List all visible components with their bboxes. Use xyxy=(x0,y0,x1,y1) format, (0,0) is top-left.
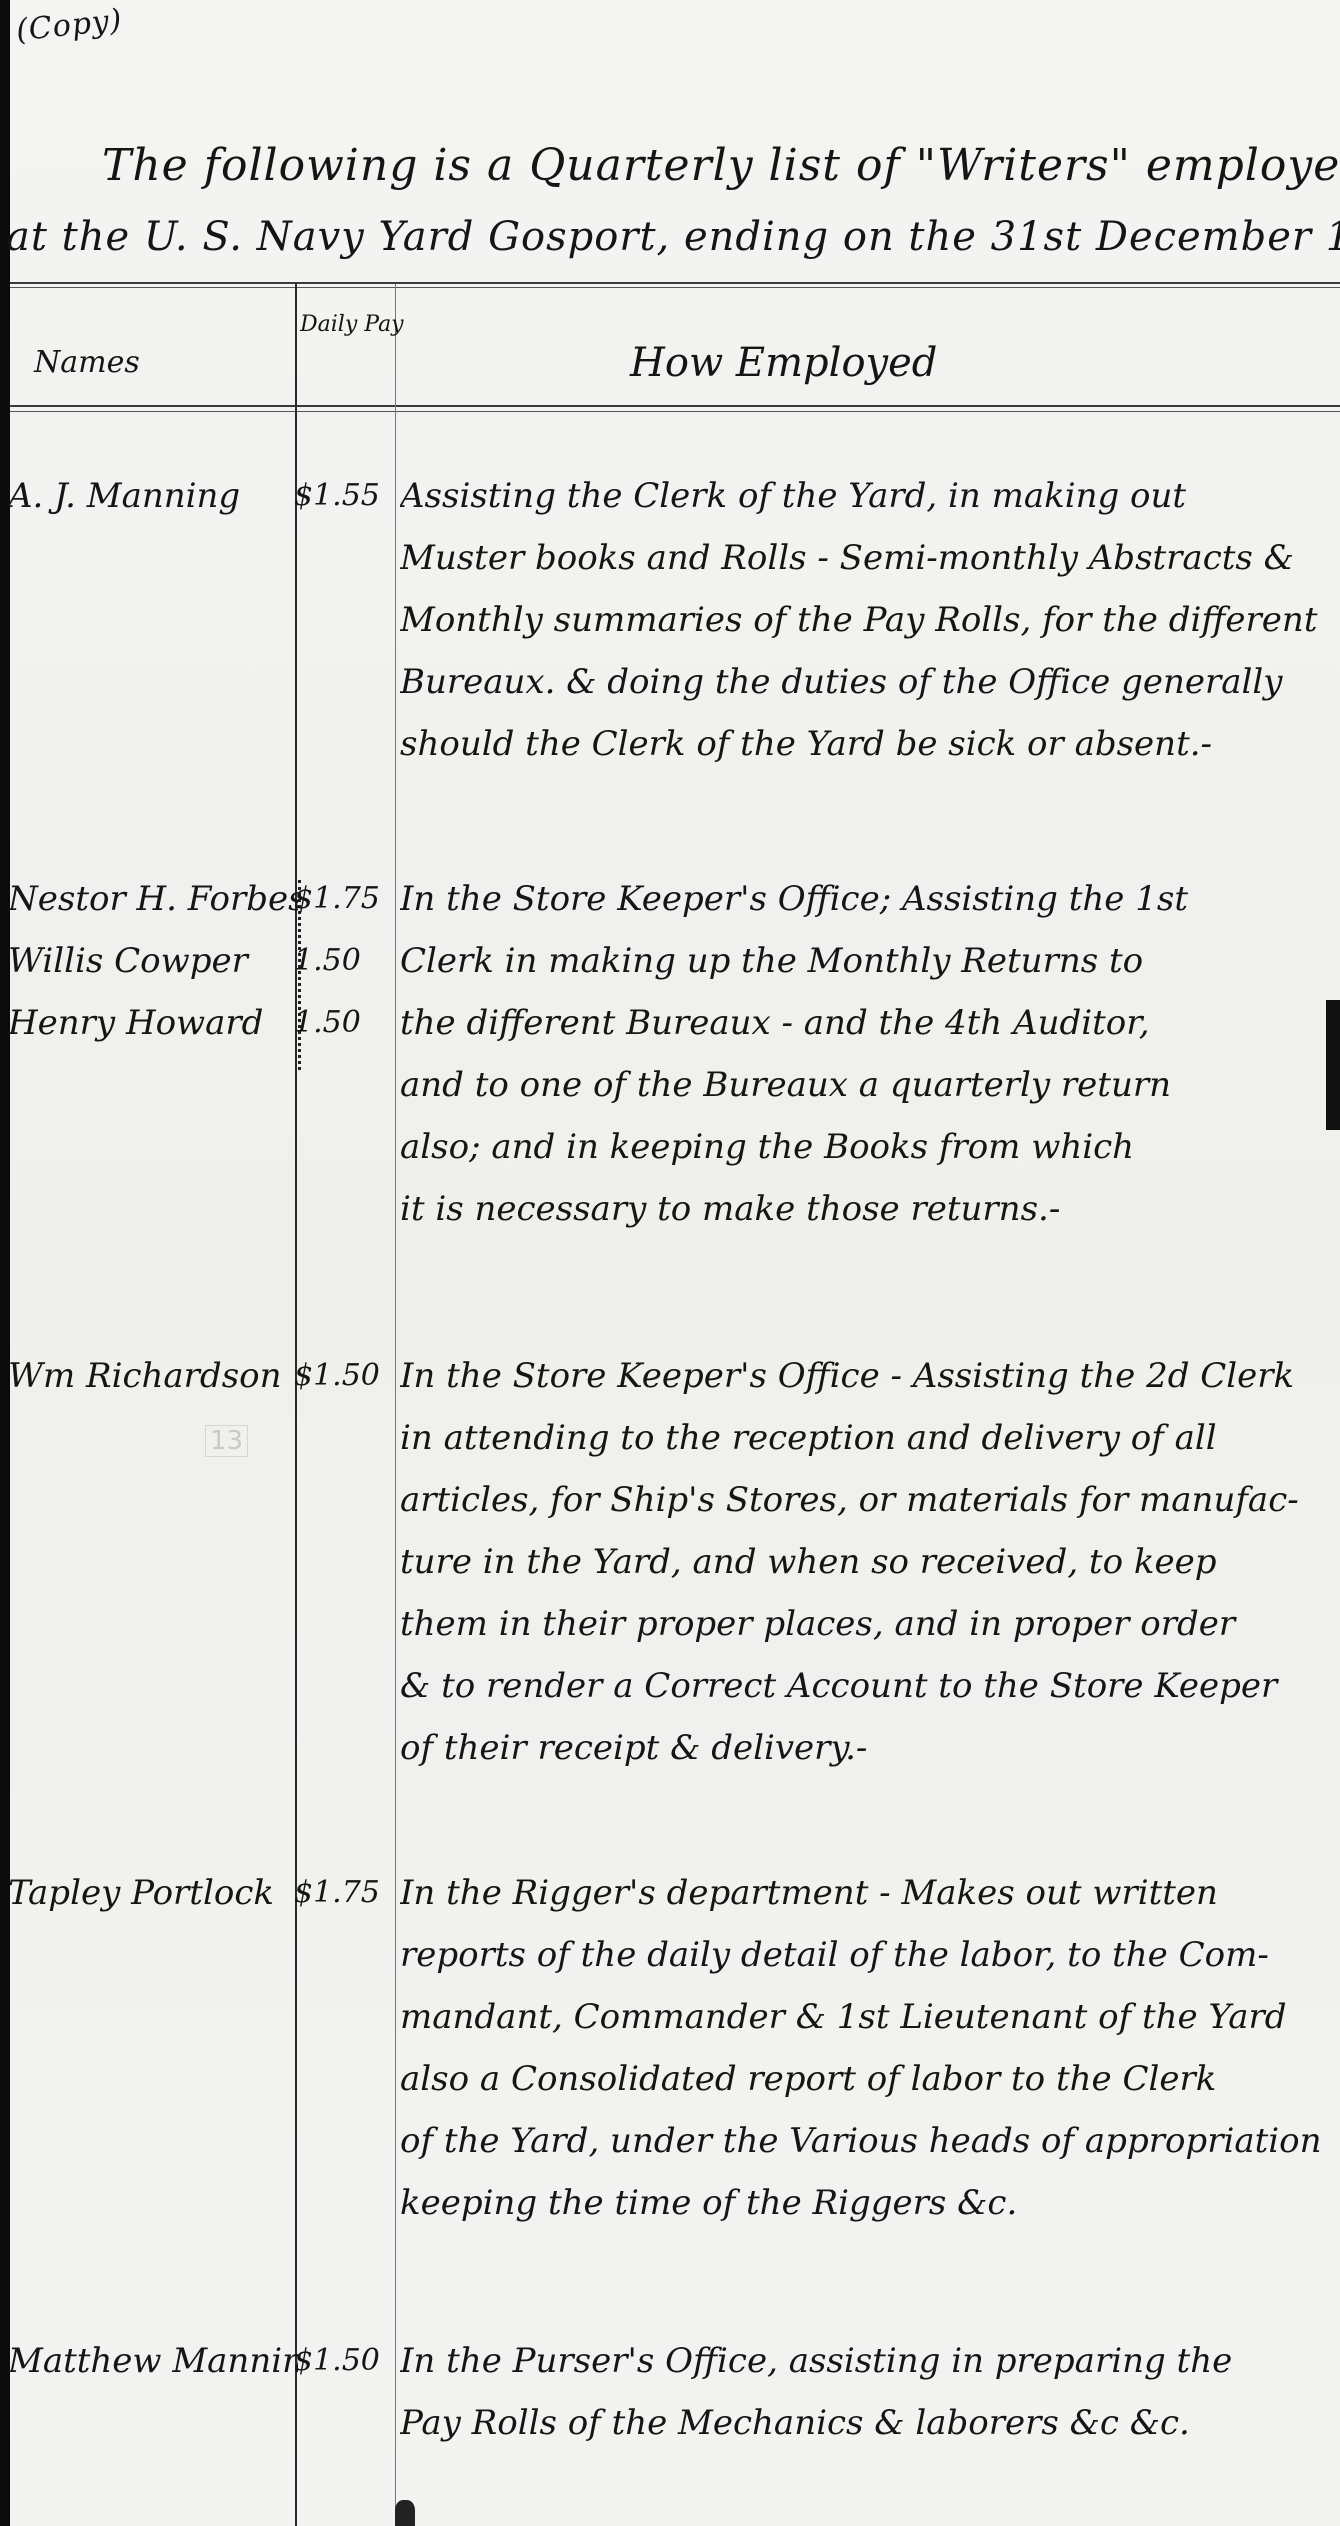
header-top-rule-2 xyxy=(10,287,1340,288)
description-line: In the Purser's Office, assisting in pre… xyxy=(400,2330,1336,2392)
daily-pay: $1.50 xyxy=(294,1345,394,1407)
column-header-names: Names xyxy=(34,345,140,380)
description-line: & to render a Correct Account to the Sto… xyxy=(400,1655,1336,1717)
document-title-line-2: at the U. S. Navy Yard Gosport, ending o… xyxy=(6,214,1340,260)
employee-name: Willis Cowper xyxy=(8,930,298,992)
daily-pay: $1.75 xyxy=(294,1862,394,1924)
employment-description: In the Rigger's department - Makes out w… xyxy=(400,1862,1336,2234)
description-line: of their receipt & delivery.- xyxy=(400,1717,1336,1779)
daily-pay: 1.50 xyxy=(294,930,394,992)
margin-ink-mark xyxy=(1326,1000,1340,1130)
description-line: Monthly summaries of the Pay Rolls, for … xyxy=(400,589,1336,651)
description-line: In the Rigger's department - Makes out w… xyxy=(400,1862,1336,1924)
description-line: Muster books and Rolls - Semi-monthly Ab… xyxy=(400,527,1336,589)
employee-name: A. J. Manning xyxy=(8,465,298,527)
copy-note: (Copy) xyxy=(14,3,124,49)
description-line: reports of the daily detail of the labor… xyxy=(400,1924,1336,1986)
daily-pay: $1.50 xyxy=(294,2330,394,2392)
description-line: the different Bureaux - and the 4th Audi… xyxy=(400,992,1336,1054)
description-line: Assisting the Clerk of the Yard, in maki… xyxy=(400,465,1336,527)
description-line: and to one of the Bureaux a quarterly re… xyxy=(400,1054,1336,1116)
column-header-how-employed: How Employed xyxy=(630,340,937,386)
employee-name: Nestor H. Forbes xyxy=(8,868,298,930)
description-line: keeping the time of the Riggers &c. xyxy=(400,2172,1336,2234)
daily-pay: $1.55 xyxy=(294,465,394,527)
description-line: also; and in keeping the Books from whic… xyxy=(400,1116,1336,1178)
pay-description-divider xyxy=(395,284,396,2526)
description-line: articles, for Ship's Stores, or material… xyxy=(400,1469,1336,1531)
employment-description: In the Store Keeper's Office - Assisting… xyxy=(400,1345,1336,1779)
daily-pay: 1.50 xyxy=(294,992,394,1054)
employee-name: Henry Howard xyxy=(8,992,298,1054)
description-line: also a Consolidated report of labor to t… xyxy=(400,2048,1336,2110)
description-line: In the Store Keeper's Office; Assisting … xyxy=(400,868,1336,930)
pencil-page-mark: 13 xyxy=(205,1425,248,1457)
header-top-rule xyxy=(10,282,1340,284)
employment-description: Assisting the Clerk of the Yard, in maki… xyxy=(400,465,1336,775)
description-line: of the Yard, under the Various heads of … xyxy=(400,2110,1336,2172)
employee-name: Wm Richardson xyxy=(8,1345,298,1407)
description-line: in attending to the reception and delive… xyxy=(400,1407,1336,1469)
description-line: them in their proper places, and in prop… xyxy=(400,1593,1336,1655)
ink-blot xyxy=(395,2500,415,2526)
description-line: Pay Rolls of the Mechanics & laborers &c… xyxy=(400,2392,1336,2454)
employee-name: Matthew Manning xyxy=(8,2330,298,2392)
employee-name: Tapley Portlock xyxy=(8,1862,298,1924)
document-title-line-1: The following is a Quarterly list of "Wr… xyxy=(102,140,1340,191)
employment-description: In the Store Keeper's Office; Assisting … xyxy=(400,868,1336,1240)
scan-edge-strip xyxy=(0,0,10,2526)
description-line: it is necessary to make those returns.- xyxy=(400,1178,1336,1240)
description-line: In the Store Keeper's Office - Assisting… xyxy=(400,1345,1336,1407)
description-line: should the Clerk of the Yard be sick or … xyxy=(400,713,1336,775)
employment-description: In the Purser's Office, assisting in pre… xyxy=(400,2330,1336,2454)
ledger-page: (Copy) The following is a Quarterly list… xyxy=(0,0,1340,2526)
daily-pay: $1.75 xyxy=(294,868,394,930)
description-line: Bureaux. & doing the duties of the Offic… xyxy=(400,651,1336,713)
description-line: ture in the Yard, and when so received, … xyxy=(400,1531,1336,1593)
description-line: mandant, Commander & 1st Lieutenant of t… xyxy=(400,1986,1336,2048)
column-header-daily-pay: Daily Pay xyxy=(300,305,390,345)
description-line: Clerk in making up the Monthly Returns t… xyxy=(400,930,1336,992)
header-bottom-rule xyxy=(10,405,1340,407)
header-bottom-rule-2 xyxy=(10,411,1340,412)
